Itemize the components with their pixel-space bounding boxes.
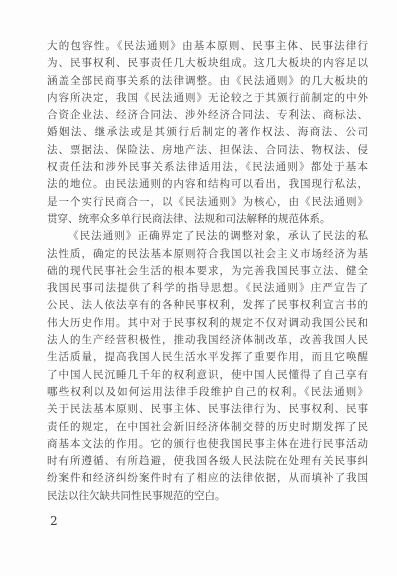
text-line: 《民法通则》正确界定了民法的调整对象，承认了民法的私 xyxy=(47,228,368,245)
text-line: 法人的生产经营积极性，推动我国经济体制改革，改善我国人民 xyxy=(47,332,368,349)
text-line: 为、民事权利、民事责任几大板块组成。这几大板块的内容足以 xyxy=(47,55,368,72)
text-line: 内容所决定，我国《民法通则》无论较之于其颁行前制定的中外 xyxy=(47,90,368,107)
document-page: 大的包容性。《民法通则》由基本原则、民事主体、民事法律行 为、民事权利、民事责任… xyxy=(0,0,397,576)
text-line: 时有所遵循、有所趋避，使我国各级人民法院在处理有关民事纠 xyxy=(47,453,368,470)
text-line: 商基本文法的作用。它的颁行也使我国民事主体在进行民事活动 xyxy=(47,436,368,453)
text-line: 责任的规定，在中国社会新旧经济体制交替的历史时期发挥了民 xyxy=(47,419,368,436)
text-line: 权责任法和涉外民事关系法律适用法，《民法通则》都处于基本 xyxy=(47,159,368,176)
text-line: 法、票据法、保险法、房地产法、担保法、合同法、物权法、侵 xyxy=(47,142,368,159)
text-line: 关于民法基本原则、民事主体、民事法律行为、民事权利、民事 xyxy=(47,401,368,418)
text-line: 生活质量，提高我国人民生活水平发挥了重要作用，而且它唤醒 xyxy=(47,349,368,366)
text-line: 是一个实行民商合一，以《民法通则》为核心，由《民法通则》 xyxy=(47,194,368,211)
text-line: 了中国人民沉睡几千年的权利意识，使中国人民懂得了自己享有 xyxy=(47,367,368,384)
text-line: 大的包容性。《民法通则》由基本原则、民事主体、民事法律行 xyxy=(47,38,368,55)
text-line: 婚姻法、继承法或是其颁行后制定的著作权法、海商法、公司 xyxy=(47,124,368,141)
text-line: 民法以往欠缺共同性民事规范的空白。 xyxy=(47,488,368,505)
text-line: 伟大历史作用。其中对于民事权利的规定不仅对调动我国公民和 xyxy=(47,315,368,332)
body-text: 大的包容性。《民法通则》由基本原则、民事主体、民事法律行 为、民事权利、民事责任… xyxy=(47,38,368,505)
text-line: 合资企业法、经济合同法、涉外经济合同法、专利法、商标法、 xyxy=(47,107,368,124)
page-number: 2 xyxy=(50,514,58,528)
text-line: 公民、法人依法享有的各种民事权利，发挥了民事权利宣言书的 xyxy=(47,297,368,314)
text-line: 础的现代民事社会生活的根本要求，为完善我国民事立法、健全 xyxy=(47,263,368,280)
text-line: 法性质，确定的民法基本原则符合我国以社会主义市场经济为基 xyxy=(47,246,368,263)
text-line: 涵盖全部民商事关系的法律调整。由《民法通则》的几大板块的 xyxy=(47,73,368,90)
text-line: 纷案件和经济纠纷案件时有了相应的法律依据，从而填补了我国 xyxy=(47,470,368,487)
text-line: 哪些权利以及如何运用法律手段维护自己的权利。《民法通则》 xyxy=(47,384,368,401)
text-line: 法的地位。由民法通则的内容和结构可以看出，我国现行私法， xyxy=(47,176,368,193)
text-line: 我国民事司法提供了科学的指导思想。《民法通则》庄严宣告了 xyxy=(47,280,368,297)
text-line: 贯穿、统率众多单行民商法律、法规和司法解释的规范体系。 xyxy=(47,211,368,228)
